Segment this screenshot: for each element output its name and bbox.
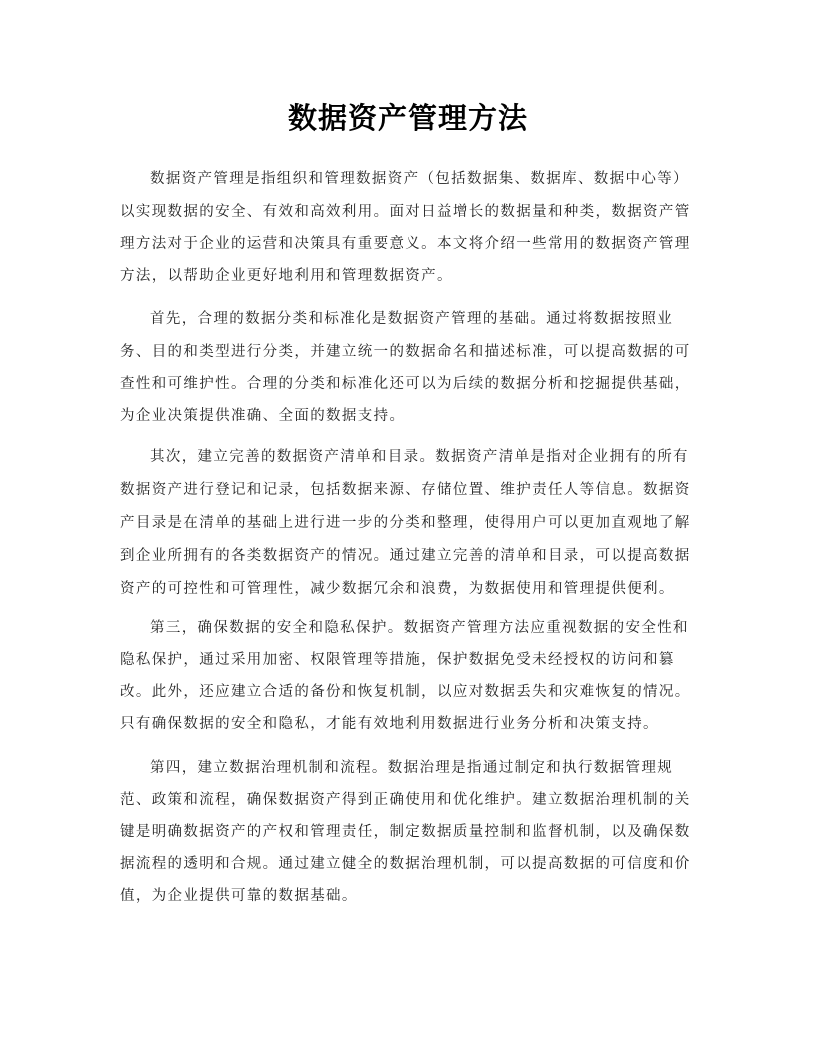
paragraph-line: 以实现数据的安全、有效和高效利用。面对日益增长的数据量和种类，数据资产管	[120, 200, 700, 221]
paragraph-line: 首先，合理的数据分类和标准化是数据资产管理的基础。通过将数据按照业	[150, 307, 730, 328]
paragraph-line: 数据资产管理是指组织和管理数据资产（包括数据集、数据库、数据中心等）	[150, 167, 730, 188]
paragraph-line: 第四，建立数据治理机制和流程。数据治理是指通过制定和执行数据管理规	[150, 756, 730, 777]
paragraph-line: 改。此外，还应建立合适的备份和恢复机制，以应对数据丢失和灾难恢复的情况。	[120, 680, 700, 701]
paragraph-line: 范、政策和流程，确保数据资产得到正确使用和优化维护。建立数据治理机制的关	[120, 788, 700, 809]
paragraph-line: 查性和可维护性。合理的分类和标准化还可以为后续的数据分析和挖掘提供基础，	[120, 372, 700, 393]
paragraph-line: 隐私保护，通过采用加密、权限管理等措施，保护数据免受未经授权的访问和篡	[120, 648, 700, 669]
paragraph-line: 其次，建立完善的数据资产清单和目录。数据资产清单是指对企业拥有的所有	[150, 445, 730, 466]
document-page: 数据资产管理方法 数据资产管理是指组织和管理数据资产（包括数据集、数据库、数据中…	[0, 0, 816, 1056]
paragraph-line: 据流程的透明和合规。通过建立健全的数据治理机制，可以提高数据的可信度和价	[120, 852, 700, 873]
paragraph-line: 第三，确保数据的安全和隐私保护。数据资产管理方法应重视数据的安全性和	[150, 616, 730, 637]
paragraph-line: 值，为企业提供可靠的数据基础。	[120, 884, 700, 905]
paragraph-line: 到企业所拥有的各类数据资产的情况。通过建立完善的清单和目录，可以提高数据	[120, 544, 700, 565]
paragraph-line: 键是明确数据资产的产权和管理责任，制定数据质量控制和监督机制，以及确保数	[120, 820, 700, 841]
document-title: 数据资产管理方法	[0, 96, 816, 137]
paragraph-line: 只有确保数据的安全和隐私，才能有效地利用数据进行业务分析和决策支持。	[120, 712, 700, 733]
paragraph-line: 理方法对于企业的运营和决策具有重要意义。本文将介绍一些常用的数据资产管理	[120, 232, 700, 253]
paragraph-line: 为企业决策提供准确、全面的数据支持。	[120, 404, 700, 425]
paragraph-line: 方法，以帮助企业更好地利用和管理数据资产。	[120, 264, 700, 285]
paragraph-line: 产目录是在清单的基础上进行进一步的分类和整理，使得用户可以更加直观地了解	[120, 511, 700, 532]
paragraph-line: 资产的可控性和可管理性，减少数据冗余和浪费，为数据使用和管理提供便利。	[120, 577, 700, 598]
paragraph-line: 务、目的和类型进行分类，并建立统一的数据命名和描述标准，可以提高数据的可	[120, 340, 700, 361]
paragraph-line: 数据资产进行登记和记录，包括数据来源、存储位置、维护责任人等信息。数据资	[120, 478, 700, 499]
